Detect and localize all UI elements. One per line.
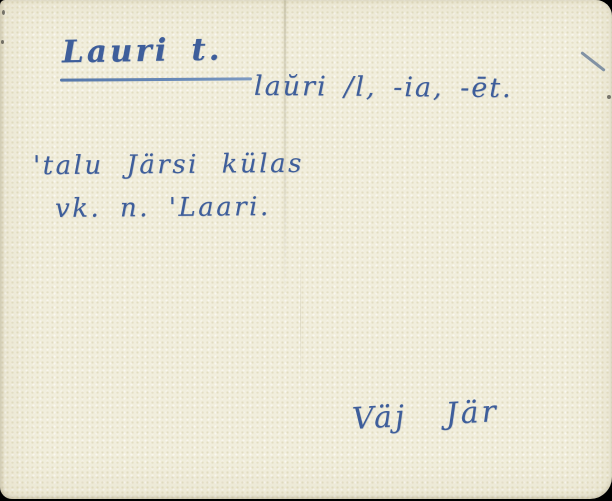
location-line1-handwriting: 'talu Järsi külas bbox=[33, 149, 304, 181]
scan-background: Lauri t. laŭri /l, -ia, -ēt. 'talu Järsi… bbox=[0, 0, 612, 501]
stray-ink-mark bbox=[580, 51, 605, 72]
title-underline bbox=[60, 77, 252, 81]
inflection-note-handwriting: laŭri /l, -ia, -ēt. bbox=[254, 71, 513, 104]
signature-handwriting: Väj Jär bbox=[351, 394, 500, 437]
scan-speck bbox=[2, 10, 5, 15]
scan-speck bbox=[1, 40, 4, 44]
scan-speck bbox=[607, 95, 611, 99]
card-title-handwriting: Lauri t. bbox=[62, 32, 223, 71]
paper-crease-lower bbox=[300, 250, 301, 390]
location-line2-handwriting: vk. n. 'Laari. bbox=[55, 192, 271, 224]
index-card: Lauri t. laŭri /l, -ia, -ēt. 'talu Järsi… bbox=[0, 0, 612, 499]
